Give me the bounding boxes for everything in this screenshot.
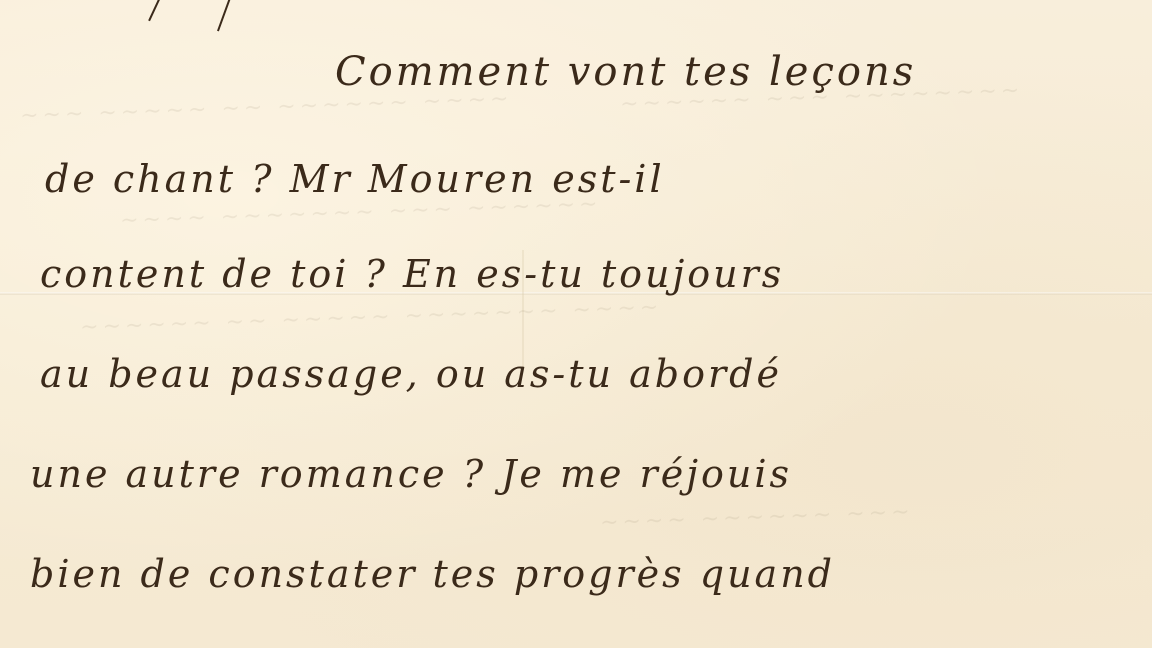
letter-line-2: de chant ? Mr Mouren est-il [45,160,665,198]
letter-line-3: content de toi ? En es-tu toujours [40,255,784,293]
letter-line-5: une autre romance ? Je me réjouis [30,455,792,493]
letter-line-4: au beau passage, ou as-tu abordé [40,355,782,393]
letter-line-6: bien de constater tes progrès quand [30,555,835,593]
letter-line-1: Comment vont tes leçons [335,52,916,92]
